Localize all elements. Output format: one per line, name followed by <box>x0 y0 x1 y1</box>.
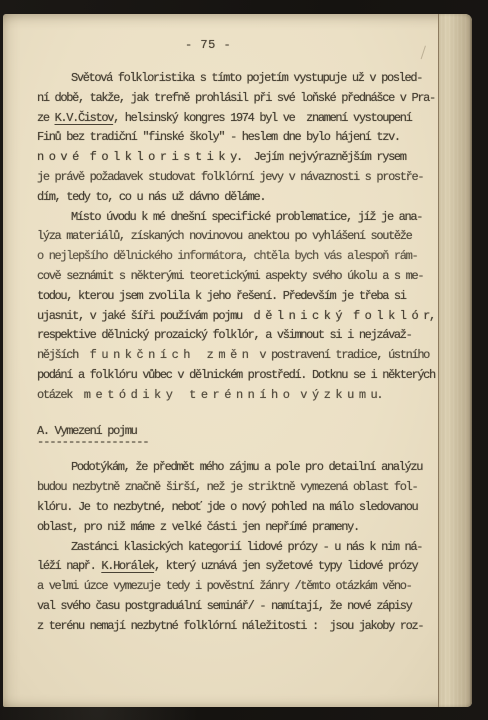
paragraph: Zastánci klasických kategorií lidové pró… <box>37 538 437 637</box>
text-line: todou, kterou jsem zvolila k jeho řešení… <box>37 287 437 307</box>
text-line: Místo úvodu k mé dnešní specifické probl… <box>37 208 437 228</box>
underlined-name: K.Horálek <box>101 559 154 573</box>
paragraph: Světová folkloristika s tímto pojetím vy… <box>37 69 437 208</box>
text-line: o nejlepšího dělnického informátora, cht… <box>37 247 437 267</box>
text-line: Zastánci klasických kategorií lidové pró… <box>37 538 437 558</box>
text-line: z terénu nemají nezbytné folklórní nálež… <box>37 617 437 637</box>
text-line: nějších f u n k č n í c h z m ě n v post… <box>37 346 437 366</box>
text-line: a velmi úzce vymezuje tedy i pověstní žá… <box>37 577 437 597</box>
text-line: Světová folkloristika s tímto pojetím vy… <box>37 69 437 89</box>
text-line: podání a folklóru vůbec v dělnickém pros… <box>37 366 437 386</box>
page-number: - 75 - <box>185 38 231 52</box>
scanned-page: - 75 - Světová folkloristika s tímto poj… <box>3 14 472 707</box>
text-line: n o v é f o l k l o r i s t i k y. Jejím… <box>37 148 437 168</box>
text-line: klóru. Je to nezbytné, neboť jde o nový … <box>37 498 437 518</box>
text-line: budou nezbytně značně širší, než je stri… <box>37 478 437 498</box>
text-line: Finů bez tradiční "finské školy" - hesle… <box>37 128 437 148</box>
typewritten-text: Světová folkloristika s tímto pojetím vy… <box>37 69 437 637</box>
text-line: dím, tedy to, co u nás už dávno děláme. <box>37 188 437 208</box>
heading-underline: ------------------ <box>37 439 437 446</box>
text-segment: , který uznává jen syžetové typy lidové … <box>154 559 417 573</box>
text-line: Podotýkám, že předmět mého zájmu a pole … <box>37 458 437 478</box>
text-line: respektive dělnický prozaický folklór, a… <box>37 326 437 346</box>
text-segment: , helsinský kongres 1974 byl ve znamení … <box>113 111 411 125</box>
text-line: léží např. K.Horálek, který uznává jen s… <box>37 557 437 577</box>
text-segment: léží např. <box>37 559 101 573</box>
text-line: ze K.V.Čistov, helsinský kongres 1974 by… <box>37 109 437 129</box>
underlined-name: K.V.Čistov <box>55 111 114 125</box>
paragraph: Místo úvodu k mé dnešní specifické probl… <box>37 208 437 406</box>
text-line: ní době, takže, jak trefně prohlásil při… <box>37 89 437 109</box>
paragraph: Podotýkám, že předmět mého zájmu a pole … <box>37 458 437 537</box>
text-line: je právě požadavek studovat folklórní je… <box>37 168 437 188</box>
pencil-mark <box>412 43 426 59</box>
text-line: lýza materiálů, získaných novinovou anek… <box>37 227 437 247</box>
text-line: cově seznámit s některými teoretickými a… <box>37 267 437 287</box>
text-line: otázek m e t ó d i k y t e r é n n í h o… <box>37 386 437 406</box>
text-line: oblast, pro niž máme z velké části jen n… <box>37 518 437 538</box>
text-line: val svého času postgraduální seminář/ - … <box>37 597 437 617</box>
book-page-edges <box>438 14 472 707</box>
text-line: ujasnit, v jaké šíři používám pojmu d ě … <box>37 307 437 327</box>
text-segment: ze <box>37 111 55 125</box>
